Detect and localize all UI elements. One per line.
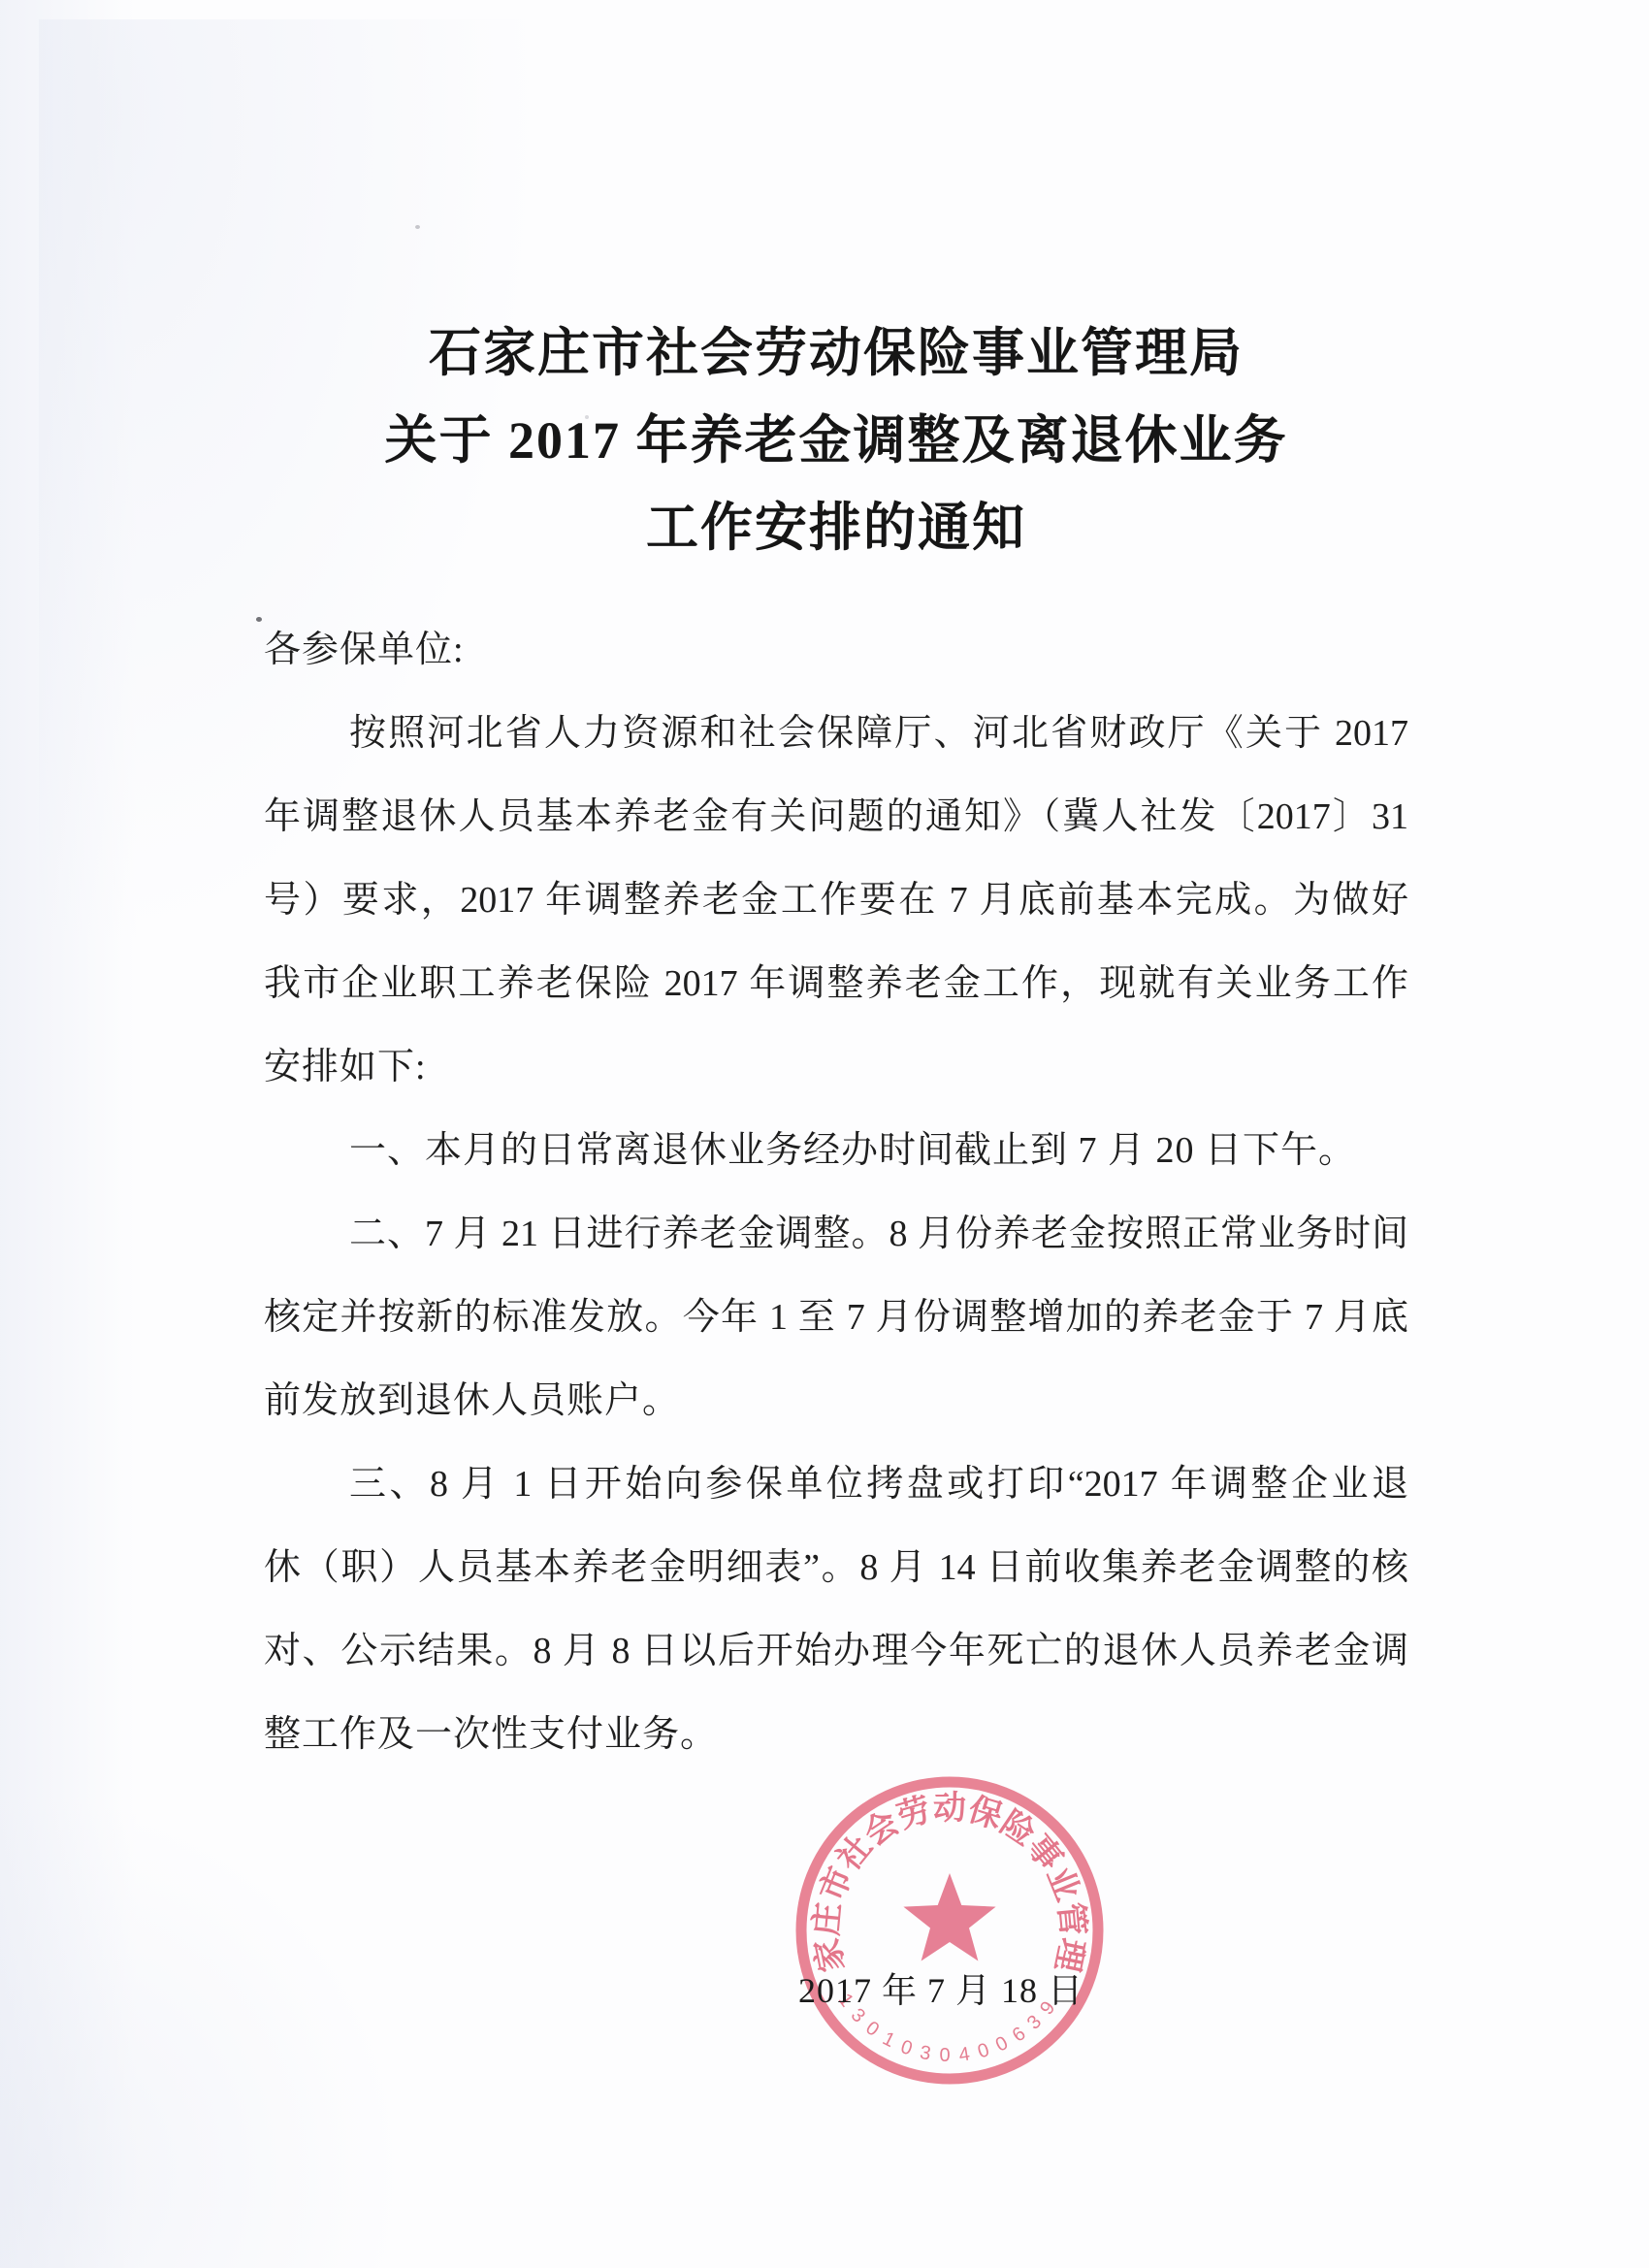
body-line: 安排如下: — [264, 1025, 1408, 1109]
scan-speck — [256, 617, 262, 622]
scanned-document-page: 石家庄市社会劳动保险事业管理局 关于 2017 年养老金调整及离退休业务 工作安… — [0, 0, 1649, 2268]
body-line: 二、7 月 21 日进行养老金调整。8 月份养老金按照正常业务时间 — [264, 1192, 1408, 1276]
body-line: 前发放到退休人员账户。 — [264, 1359, 1408, 1442]
document-body: 各参保单位: 按照河北省人力资源和社会保障厅、河北省财政厅《关于 2017 年调… — [264, 608, 1408, 1776]
body-line: 三、8 月 1 日开始向参保单位拷盘或打印“2017 年调整企业退 — [264, 1442, 1408, 1526]
body-line: 休（职）人员基本养老金明细表”。8 月 14 日前收集养老金调整的核 — [264, 1526, 1408, 1609]
body-line: 按照河北省人力资源和社会保障厅、河北省财政厅《关于 2017 — [264, 692, 1408, 775]
seal-star-icon — [903, 1873, 995, 1961]
body-line: 对、公示结果。8 月 8 日以后开始办理今年死亡的退休人员养老金调 — [264, 1609, 1408, 1693]
body-line: 年调整退休人员基本养老金有关问题的通知》（冀人社发〔2017〕31 — [264, 775, 1408, 859]
scan-artifact — [0, 1795, 407, 2268]
body-line: 一、本月的日常离退休业务经办时间截止到 7 月 20 日下午。 — [264, 1109, 1408, 1192]
body-line: 核定并按新的标准发放。今年 1 至 7 月份调整增加的养老金于 7 月底 — [264, 1276, 1408, 1359]
body-line: 号）要求，2017 年调整养老金工作要在 7 月底前基本完成。为做好 — [264, 859, 1408, 942]
title-line-2: 关于 2017 年养老金调整及离退休业务 — [264, 397, 1408, 484]
title-line-1: 石家庄市社会劳动保险事业管理局 — [264, 309, 1408, 397]
scan-speck — [415, 225, 420, 229]
salutation: 各参保单位: — [264, 608, 1408, 692]
scan-edge-shadow — [0, 0, 136, 2268]
document-title: 石家庄市社会劳动保险事业管理局 关于 2017 年养老金调整及离退休业务 工作安… — [264, 309, 1408, 571]
official-seal: 石家庄市社会劳动保险事业管理局 1301030400639 — [756, 1736, 1144, 2124]
title-line-3: 工作安排的通知 — [264, 484, 1408, 571]
body-line: 我市企业职工养老保险 2017 年调整养老金工作，现就有关业务工作 — [264, 942, 1408, 1025]
issue-date: 2017 年 7 月 18 日 — [747, 1967, 1135, 2014]
